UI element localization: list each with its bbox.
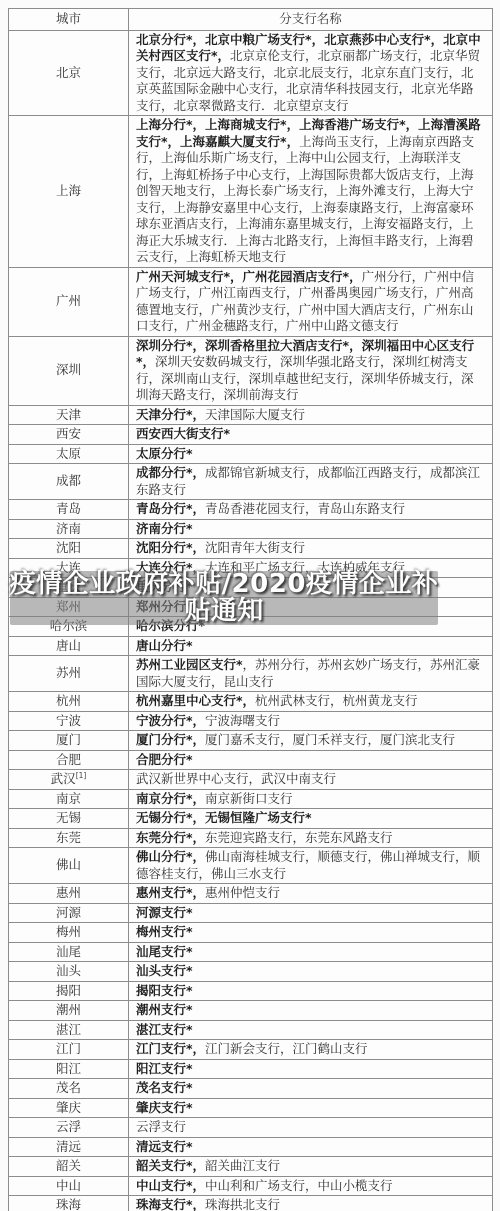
city-cell: 成都 (9, 464, 129, 500)
branch-bold-text: 合肥分行* (136, 752, 193, 767)
city-name: 宁波 (56, 713, 81, 728)
table-row: 惠州 惠州支行*，惠州仲恺支行 (9, 884, 493, 904)
city-cell: 阳江 (9, 1059, 129, 1079)
city-name: 苏州 (56, 665, 81, 680)
column-header-city: 城市 (9, 9, 129, 31)
branch-table: 城市 分支行名称 北京 北京分行*，北京中粮广场支行*，北京燕莎中心支行*，北京… (8, 8, 493, 1211)
city-cell: 天津 (9, 405, 129, 425)
branch-normal-text: 惠州仲恺支行 (205, 885, 280, 900)
city-cell: 揭阳 (9, 981, 129, 1001)
table-row: 云浮 云浮支行 (9, 1118, 493, 1138)
city-name: 哈尔滨 (50, 618, 88, 633)
table-row: 武汉[1] 武汉新世界中心支行，武汉中南支行 (9, 770, 493, 790)
table-row: 天津 天津分行*，天津国际大厦支行 (9, 405, 493, 425)
table-row: 北京 北京分行*，北京中粮广场支行*，北京燕莎中心支行*，北京中关村西区支行*，… (9, 30, 493, 116)
city-name: 汕头 (56, 963, 81, 978)
city-cell: 重庆 (9, 578, 129, 598)
branch-normal-text: 中山利和广场支行，中山小榄支行 (205, 1178, 393, 1193)
table-row: 青岛 青岛分行*，青岛香港花园支行，青岛山东路支行 (9, 500, 493, 520)
branch-cell: 深圳分行*，深圳香格里拉大酒店支行*，深圳福田中心区支行*，深圳天安数码城支行，… (129, 336, 493, 405)
city-name: 梅州 (56, 924, 81, 939)
city-cell: 茂名 (9, 1079, 129, 1099)
branch-cell: 东莞分行*，东莞迎宾路支行，东莞东风路支行 (129, 828, 493, 848)
branch-bold-text: 杭州嘉里中心支行*， (136, 693, 255, 708)
city-name: 清远 (56, 1139, 81, 1154)
table-row: 珠海 珠海支行*，珠海拱北支行 (9, 1196, 493, 1211)
table-row: 成都 成都分行*，成都锦官新城支行，成都临江西路支行，成都滨江东路支行 (9, 464, 493, 500)
branch-bold-text: 惠州支行*， (136, 885, 205, 900)
city-cell: 云浮 (9, 1118, 129, 1138)
branch-cell: 清远支行* (129, 1137, 493, 1157)
city-cell: 广州 (9, 267, 129, 336)
city-cell: 厦门 (9, 731, 129, 751)
table-row: 清远 清远支行* (9, 1137, 493, 1157)
city-name: 厦门 (56, 732, 81, 747)
branch-normal-text: 青岛香港花园支行，青岛山东路支行 (205, 501, 405, 516)
branch-normal-text: 天津国际大厦支行 (205, 407, 305, 422)
branch-cell: 天津分行*，天津国际大厦支行 (129, 405, 493, 425)
city-name: 郑州 (56, 599, 81, 614)
city-cell: 惠州 (9, 884, 129, 904)
branch-table-body: 北京 北京分行*，北京中粮广场支行*，北京燕莎中心支行*，北京中关村西区支行*，… (9, 30, 493, 1211)
table-row: 韶关 韶关支行*，韶关曲江支行 (9, 1157, 493, 1177)
branch-cell: 南京分行*，南京新街口支行 (129, 789, 493, 809)
branch-cell: 梅州支行* (129, 923, 493, 943)
city-name: 深圳 (56, 362, 81, 377)
table-row: 合肥 合肥分行* (9, 750, 493, 770)
city-cell: 西安 (9, 425, 129, 445)
table-row: 宁波 宁波分行*，宁波海曙支行 (9, 711, 493, 731)
branch-bold-text: 韶关支行*， (136, 1158, 205, 1173)
city-name: 南京 (56, 791, 81, 806)
city-name: 阳江 (56, 1061, 81, 1076)
branch-cell: 重庆分行* (129, 578, 493, 598)
table-row: 广州 广州天河城支行*，广州花园酒店支行*，广州分行，广州中信广场支行，广州江南… (9, 267, 493, 336)
branch-cell: 沈阳分行*，沈阳青年大街支行 (129, 539, 493, 559)
city-name: 河源 (56, 905, 81, 920)
city-name: 唐山 (56, 638, 81, 653)
table-row: 郑州 郑州分行* (9, 597, 493, 617)
table-row: 重庆 重庆分行* (9, 578, 493, 598)
branch-normal-text: 大连和平广场支行，大连柏威年支行 (205, 560, 405, 575)
city-name: 茂名 (56, 1080, 81, 1095)
branch-bold-text: 哈尔滨分行* (136, 618, 205, 633)
city-cell: 梅州 (9, 923, 129, 943)
branch-cell: 揭阳支行* (129, 981, 493, 1001)
city-cell: 汕头 (9, 962, 129, 982)
city-name: 合肥 (56, 752, 81, 767)
city-cell: 北京 (9, 30, 129, 116)
branch-bold-text: 梅州支行* (136, 924, 193, 939)
branch-bold-text: 江门支行*， (136, 1041, 205, 1056)
branch-cell: 杭州嘉里中心支行*，杭州武林支行，杭州黄龙支行 (129, 692, 493, 712)
branch-normal-text: 云浮支行 (136, 1119, 186, 1134)
branch-cell: 哈尔滨分行* (129, 617, 493, 637)
city-cell: 珠海 (9, 1196, 129, 1211)
table-row: 湛江 湛江支行* (9, 1020, 493, 1040)
branch-cell: 青岛分行*，青岛香港花园支行，青岛山东路支行 (129, 500, 493, 520)
branch-cell: 惠州支行*，惠州仲恺支行 (129, 884, 493, 904)
table-row: 南京 南京分行*，南京新街口支行 (9, 789, 493, 809)
branch-cell: 郑州分行* (129, 597, 493, 617)
city-cell: 沈阳 (9, 539, 129, 559)
city-name: 济南 (56, 521, 81, 536)
city-name: 揭阳 (56, 983, 81, 998)
city-cell: 南京 (9, 789, 129, 809)
page: 城市 分支行名称 北京 北京分行*，北京中粮广场支行*，北京燕莎中心支行*，北京… (0, 0, 500, 1211)
table-row: 无锡 无锡分行*，无锡恒隆广场支行* (9, 809, 493, 829)
city-name: 肇庆 (56, 1100, 81, 1115)
city-cell: 唐山 (9, 636, 129, 656)
city-name: 湛江 (56, 1022, 81, 1037)
city-cell: 佛山 (9, 848, 129, 884)
branch-bold-text: 佛山分行*， (136, 849, 205, 864)
branch-cell: 济南分行* (129, 519, 493, 539)
table-row: 肇庆 肇庆支行* (9, 1098, 493, 1118)
table-row: 厦门 厦门分行*，厦门嘉禾支行，厦门禾祥支行，厦门滨北支行 (9, 731, 493, 751)
city-name: 青岛 (56, 501, 81, 516)
branch-bold-text: 珠海支行*， (136, 1197, 205, 1211)
branch-bold-text: 济南分行* (136, 521, 193, 536)
branch-cell: 潮州支行* (129, 1001, 493, 1021)
city-cell: 大连 (9, 558, 129, 578)
branch-bold-text: 西安西大街支行* (136, 426, 230, 441)
table-row: 唐山 唐山分行* (9, 636, 493, 656)
city-cell: 肇庆 (9, 1098, 129, 1118)
branch-cell: 成都分行*，成都锦官新城支行，成都临江西路支行，成都滨江东路支行 (129, 464, 493, 500)
table-row: 太原 太原分行* (9, 444, 493, 464)
branch-bold-text: 肇庆支行* (136, 1100, 193, 1115)
branch-normal-text: 宁波海曙支行 (205, 713, 280, 728)
table-row: 汕头 汕头支行* (9, 962, 493, 982)
branch-bold-text: 湛江支行* (136, 1022, 193, 1037)
branch-cell: 阳江支行* (129, 1059, 493, 1079)
table-row: 大连 大连分行*，大连和平广场支行，大连柏威年支行 (9, 558, 493, 578)
city-cell: 河源 (9, 903, 129, 923)
branch-cell: 珠海支行*，珠海拱北支行 (129, 1196, 493, 1211)
table-row: 江门 江门支行*，江门新会支行，江门鹤山支行 (9, 1040, 493, 1060)
table-header-row: 城市 分支行名称 (9, 9, 493, 31)
branch-normal-text: 杭州武林支行，杭州黄龙支行 (255, 693, 418, 708)
table-row: 汕尾 汕尾支行* (9, 942, 493, 962)
city-name: 沈阳 (56, 540, 81, 555)
branch-cell: 唐山分行* (129, 636, 493, 656)
branch-cell: 云浮支行 (129, 1118, 493, 1138)
city-cell: 哈尔滨 (9, 617, 129, 637)
city-name: 东莞 (56, 830, 81, 845)
city-cell: 韶关 (9, 1157, 129, 1177)
city-name: 北京 (56, 65, 81, 80)
branch-cell: 北京分行*，北京中粮广场支行*，北京燕莎中心支行*，北京中关村西区支行*，北京京… (129, 30, 493, 116)
branch-bold-text: 汕尾支行* (136, 944, 193, 959)
city-name: 太原 (56, 446, 81, 461)
column-header-branches: 分支行名称 (129, 9, 493, 31)
city-cell: 潮州 (9, 1001, 129, 1021)
table-row: 阳江 阳江支行* (9, 1059, 493, 1079)
city-cell: 青岛 (9, 500, 129, 520)
table-row: 上海 上海分行*，上海商城支行*，上海香港广场支行*，上海漕溪路支行*，上海嘉麒… (9, 116, 493, 268)
table-row: 苏州 苏州工业园区支行*，苏州分行，苏州玄妙广场支行，苏州汇豪国际大厦支行，昆山… (9, 656, 493, 692)
city-name: 大连 (56, 560, 81, 575)
table-row: 东莞 东莞分行*，东莞迎宾路支行，东莞东风路支行 (9, 828, 493, 848)
branch-cell: 茂名支行* (129, 1079, 493, 1099)
branch-bold-text: 中山支行*， (136, 1178, 205, 1193)
branch-bold-text: 茂名支行* (136, 1080, 193, 1095)
branch-bold-text: 青岛分行*， (136, 501, 205, 516)
branch-bold-text: 清远支行* (136, 1139, 193, 1154)
branch-normal-text: 厦门嘉禾支行，厦门禾祥支行，厦门滨北支行 (205, 732, 455, 747)
branch-cell: 武汉新世界中心支行，武汉中南支行 (129, 770, 493, 790)
branch-cell: 韶关支行*，韶关曲江支行 (129, 1157, 493, 1177)
branch-bold-text: 太原分行* (136, 446, 193, 461)
city-name: 中山 (56, 1178, 81, 1193)
branch-bold-text: 宁波分行*， (136, 713, 205, 728)
city-cell: 上海 (9, 116, 129, 268)
branch-normal-text: 珠海拱北支行 (205, 1197, 280, 1211)
branch-bold-text: 揭阳支行* (136, 983, 193, 998)
branch-bold-text: 唐山分行* (136, 638, 193, 653)
branch-normal-text: 上海尚玉支行，上海南京西路支行，上海仙乐斯广场支行，上海中山公园支行，上海联洋支… (136, 134, 474, 265)
city-cell: 东莞 (9, 828, 129, 848)
city-name: 韶关 (56, 1158, 81, 1173)
branch-cell: 厦门分行*，厦门嘉禾支行，厦门禾祥支行，厦门滨北支行 (129, 731, 493, 751)
branch-bold-text: 东莞分行*， (136, 830, 205, 845)
table-row: 茂名 茂名支行* (9, 1079, 493, 1099)
table-row: 沈阳 沈阳分行*，沈阳青年大街支行 (9, 539, 493, 559)
city-cell: 合肥 (9, 750, 129, 770)
city-name: 成都 (56, 473, 81, 488)
table-row: 梅州 梅州支行* (9, 923, 493, 943)
branch-normal-text: 深圳天安数码城支行，深圳华强北路支行，深圳红树湾支行，深圳南山支行，深圳卓越世纪… (136, 354, 474, 402)
branch-cell: 肇庆支行* (129, 1098, 493, 1118)
branch-bold-text: 苏州工业园区支行* (136, 657, 243, 672)
table-row: 揭阳 揭阳支行* (9, 981, 493, 1001)
branch-normal-text: 江门新会支行，江门鹤山支行 (205, 1041, 368, 1056)
branch-cell: 佛山分行*，佛山南海桂城支行，顺德支行，佛山禅城支行，顺德容桂支行，佛山三水支行 (129, 848, 493, 884)
branch-bold-text: 重庆分行* (136, 579, 193, 594)
city-cell: 武汉[1] (9, 770, 129, 790)
table-row: 中山 中山支行*，中山利和广场支行，中山小榄支行 (9, 1176, 493, 1196)
table-row: 杭州 杭州嘉里中心支行*，杭州武林支行，杭州黄龙支行 (9, 692, 493, 712)
branch-cell: 上海分行*，上海商城支行*，上海香港广场支行*，上海漕溪路支行*，上海嘉麒大厦支… (129, 116, 493, 268)
branch-normal-text: 南京新街口支行 (205, 791, 293, 806)
table-row: 深圳 深圳分行*，深圳香格里拉大酒店支行*，深圳福田中心区支行*，深圳天安数码城… (9, 336, 493, 405)
city-name: 惠州 (56, 885, 81, 900)
city-name: 杭州 (56, 693, 81, 708)
table-row: 哈尔滨 哈尔滨分行* (9, 617, 493, 637)
branch-bold-text: 大连分行*， (136, 560, 205, 575)
branch-cell: 湛江支行* (129, 1020, 493, 1040)
branch-bold-text: 汕头支行* (136, 963, 193, 978)
branch-cell: 无锡分行*，无锡恒隆广场支行* (129, 809, 493, 829)
city-superscript: [1] (76, 771, 87, 780)
city-cell: 无锡 (9, 809, 129, 829)
city-cell: 汕尾 (9, 942, 129, 962)
branch-bold-text: 南京分行*， (136, 791, 205, 806)
branch-cell: 中山支行*，中山利和广场支行，中山小榄支行 (129, 1176, 493, 1196)
city-name: 武汉 (51, 771, 76, 786)
city-name: 重庆 (56, 579, 81, 594)
branch-normal-text: 韶关曲江支行 (205, 1158, 280, 1173)
city-name: 汕尾 (56, 944, 81, 959)
table-row: 济南 济南分行* (9, 519, 493, 539)
branch-normal-text: 沈阳青年大街支行 (205, 540, 305, 555)
city-name: 西安 (56, 426, 81, 441)
branch-cell: 合肥分行* (129, 750, 493, 770)
city-cell: 杭州 (9, 692, 129, 712)
branch-normal-text: 武汉新世界中心支行，武汉中南支行 (136, 771, 336, 786)
branch-cell: 汕尾支行* (129, 942, 493, 962)
branch-normal-text: 东莞迎宾路支行，东莞东风路支行 (205, 830, 393, 845)
city-name: 佛山 (56, 857, 81, 872)
city-name: 上海 (56, 183, 81, 198)
branch-bold-text: 沈阳分行*， (136, 540, 205, 555)
branch-bold-text: 河源支行* (136, 905, 193, 920)
branch-cell: 河源支行* (129, 903, 493, 923)
city-name: 珠海 (56, 1197, 81, 1211)
city-name: 天津 (56, 407, 81, 422)
city-cell: 苏州 (9, 656, 129, 692)
branch-bold-text: 潮州支行* (136, 1002, 193, 1017)
branch-cell: 广州天河城支行*，广州花园酒店支行*，广州分行，广州中信广场支行，广州江南西支行… (129, 267, 493, 336)
city-cell: 济南 (9, 519, 129, 539)
city-cell: 深圳 (9, 336, 129, 405)
branch-bold-text: 天津分行*， (136, 407, 205, 422)
table-row: 河源 河源支行* (9, 903, 493, 923)
branch-bold-text: 厦门分行*， (136, 732, 205, 747)
branch-cell: 西安西大街支行* (129, 425, 493, 445)
city-name: 潮州 (56, 1002, 81, 1017)
city-cell: 太原 (9, 444, 129, 464)
table-row: 佛山 佛山分行*，佛山南海桂城支行，顺德支行，佛山禅城支行，顺德容桂支行，佛山三… (9, 848, 493, 884)
branch-bold-text: 阳江支行* (136, 1061, 193, 1076)
branch-cell: 苏州工业园区支行*，苏州分行，苏州玄妙广场支行，苏州汇豪国际大厦支行，昆山支行 (129, 656, 493, 692)
city-cell: 宁波 (9, 711, 129, 731)
branch-cell: 江门支行*，江门新会支行，江门鹤山支行 (129, 1040, 493, 1060)
branch-cell: 汕头支行* (129, 962, 493, 982)
city-name: 无锡 (56, 810, 81, 825)
branch-cell: 宁波分行*，宁波海曙支行 (129, 711, 493, 731)
city-cell: 江门 (9, 1040, 129, 1060)
branch-cell: 大连分行*，大连和平广场支行，大连柏威年支行 (129, 558, 493, 578)
table-row: 西安 西安西大街支行* (9, 425, 493, 445)
city-cell: 清远 (9, 1137, 129, 1157)
city-name: 江门 (56, 1041, 81, 1056)
branch-cell: 太原分行* (129, 444, 493, 464)
branch-bold-text: 郑州分行* (136, 599, 193, 614)
branch-bold-text: 广州天河城支行*，广州花园酒店支行*， (136, 269, 362, 284)
city-cell: 湛江 (9, 1020, 129, 1040)
city-cell: 中山 (9, 1176, 129, 1196)
city-name: 云浮 (56, 1119, 81, 1134)
city-name: 广州 (56, 293, 81, 308)
city-cell: 郑州 (9, 597, 129, 617)
branch-bold-text: 成都分行*， (136, 465, 205, 480)
branch-bold-text: 无锡分行*，无锡恒隆广场支行* (136, 810, 312, 825)
table-row: 潮州 潮州支行* (9, 1001, 493, 1021)
